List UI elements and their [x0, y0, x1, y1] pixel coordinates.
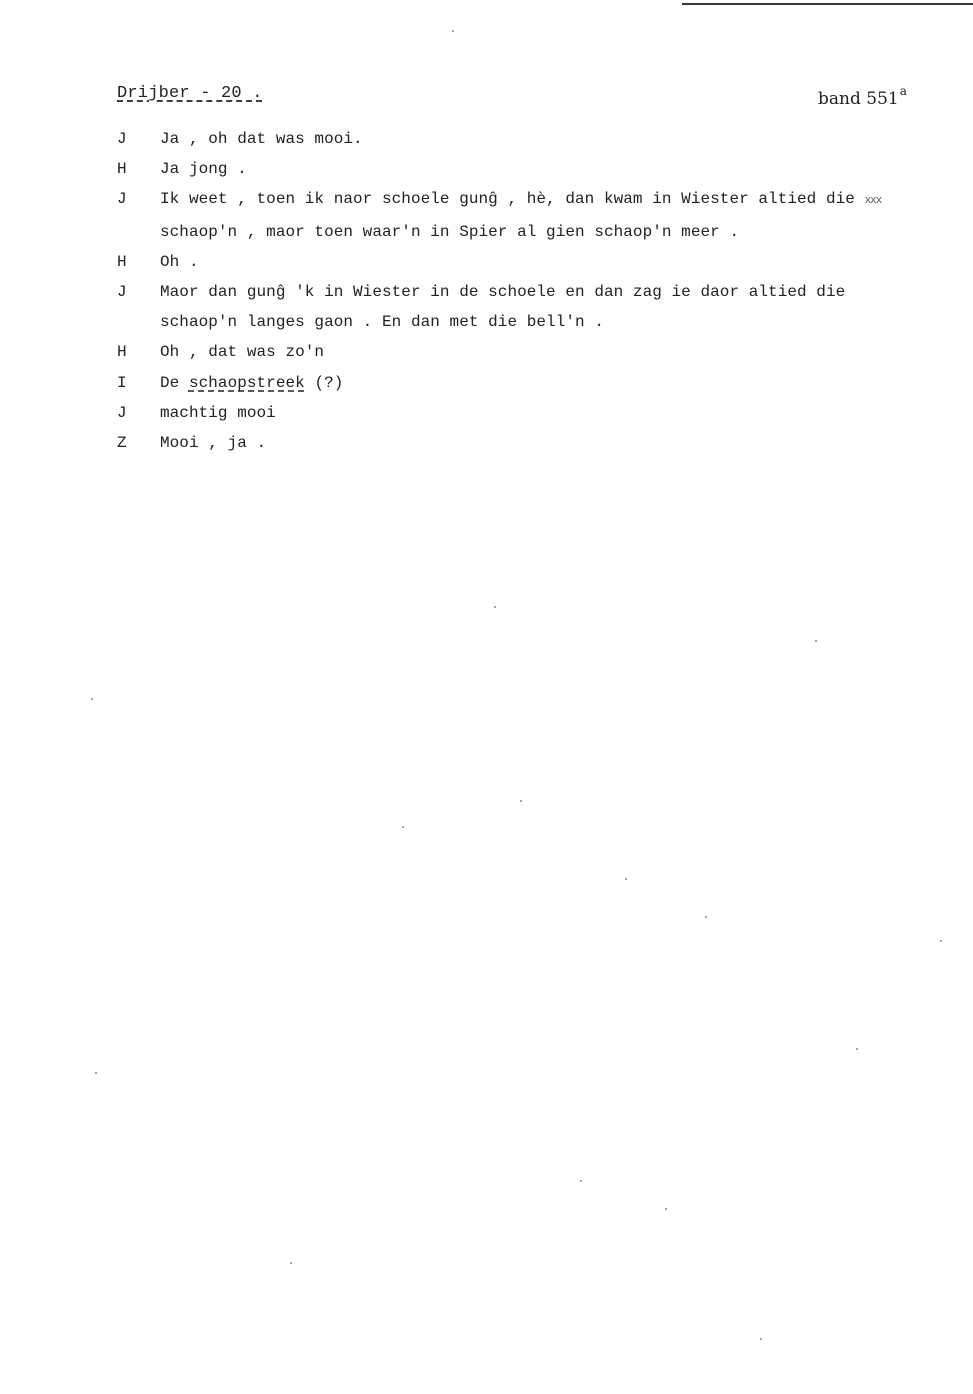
speaker-label: J [117, 184, 160, 216]
scan-speck [95, 1072, 97, 1074]
transcript-turn: H Oh , dat was zo'n [117, 337, 967, 367]
transcript-turn: J Maor dan gunĝ 'k in Wiester in de scho… [117, 277, 967, 307]
transcript-turn-continuation: schaop'n , maor toen waar'n in Spier al … [117, 217, 967, 247]
scan-speck [452, 30, 454, 32]
scan-speck [402, 826, 404, 828]
scan-speck [856, 1048, 858, 1050]
utterance-line: Ik weet , toen ik naor schoele gunĝ , hè… [160, 190, 855, 208]
speaker-label: H [117, 337, 160, 367]
utterance: Ja , oh dat was mooi. [160, 124, 967, 154]
utterance-continuation: schaop'n langes gaon . En dan met die be… [160, 307, 967, 337]
tape-reference: band 551a [818, 84, 907, 109]
utterance: Ik weet , toen ik naor schoele gunĝ , hè… [160, 184, 967, 216]
band-superscript: a [900, 84, 907, 98]
utterance: De schaopstreek (?) [160, 368, 967, 398]
scan-speck [290, 1262, 292, 1264]
speaker-label: H [117, 154, 160, 184]
scan-speck [940, 940, 942, 942]
scan-speck [815, 640, 817, 642]
scan-speck [580, 1180, 582, 1182]
scan-speck [494, 606, 496, 608]
transcript-turn-continuation: schaop'n langes gaon . En dan met die be… [117, 307, 967, 337]
transcript-turn: H Ja jong . [117, 154, 967, 184]
scan-speck [705, 916, 707, 918]
speaker-label: J [117, 124, 160, 154]
scan-speck [625, 878, 627, 880]
transcript-turn: H Oh . [117, 247, 967, 277]
speaker-label: I [117, 368, 160, 398]
speaker-label: H [117, 247, 160, 277]
utterance: Mooi , ja . [160, 428, 967, 458]
transcript: J Ja , oh dat was mooi. H Ja jong . J Ik… [117, 124, 967, 458]
struck-out-text: xxx [865, 195, 882, 207]
speaker-label: J [117, 398, 160, 428]
transcript-turn: J Ja , oh dat was mooi. [117, 124, 967, 154]
utterance: Oh , dat was zo'n [160, 337, 967, 367]
scan-speck [760, 1338, 762, 1340]
scan-speck [520, 800, 522, 802]
utterance-continuation: schaop'n , maor toen waar'n in Spier al … [160, 217, 967, 247]
transcript-turn: I De schaopstreek (?) [117, 368, 967, 398]
speaker-label: Z [117, 428, 160, 458]
underlined-term: schaopstreek [189, 374, 305, 392]
transcript-turn: J Ik weet , toen ik naor schoele gunĝ , … [117, 184, 967, 216]
scan-speck [665, 1208, 667, 1210]
utterance: Ja jong . [160, 154, 967, 184]
band-label: band 551 [818, 89, 899, 109]
top-edge-rule [682, 3, 973, 5]
utterance: machtig mooi [160, 398, 967, 428]
transcript-turn: J machtig mooi [117, 398, 967, 428]
document-title: Drijber - 20 . [117, 84, 263, 103]
utterance: Oh . [160, 247, 967, 277]
utterance: Maor dan gunĝ 'k in Wiester in de schoel… [160, 277, 967, 307]
scan-speck [91, 698, 93, 700]
speaker-label: J [117, 277, 160, 307]
transcript-turn: Z Mooi , ja . [117, 428, 967, 458]
